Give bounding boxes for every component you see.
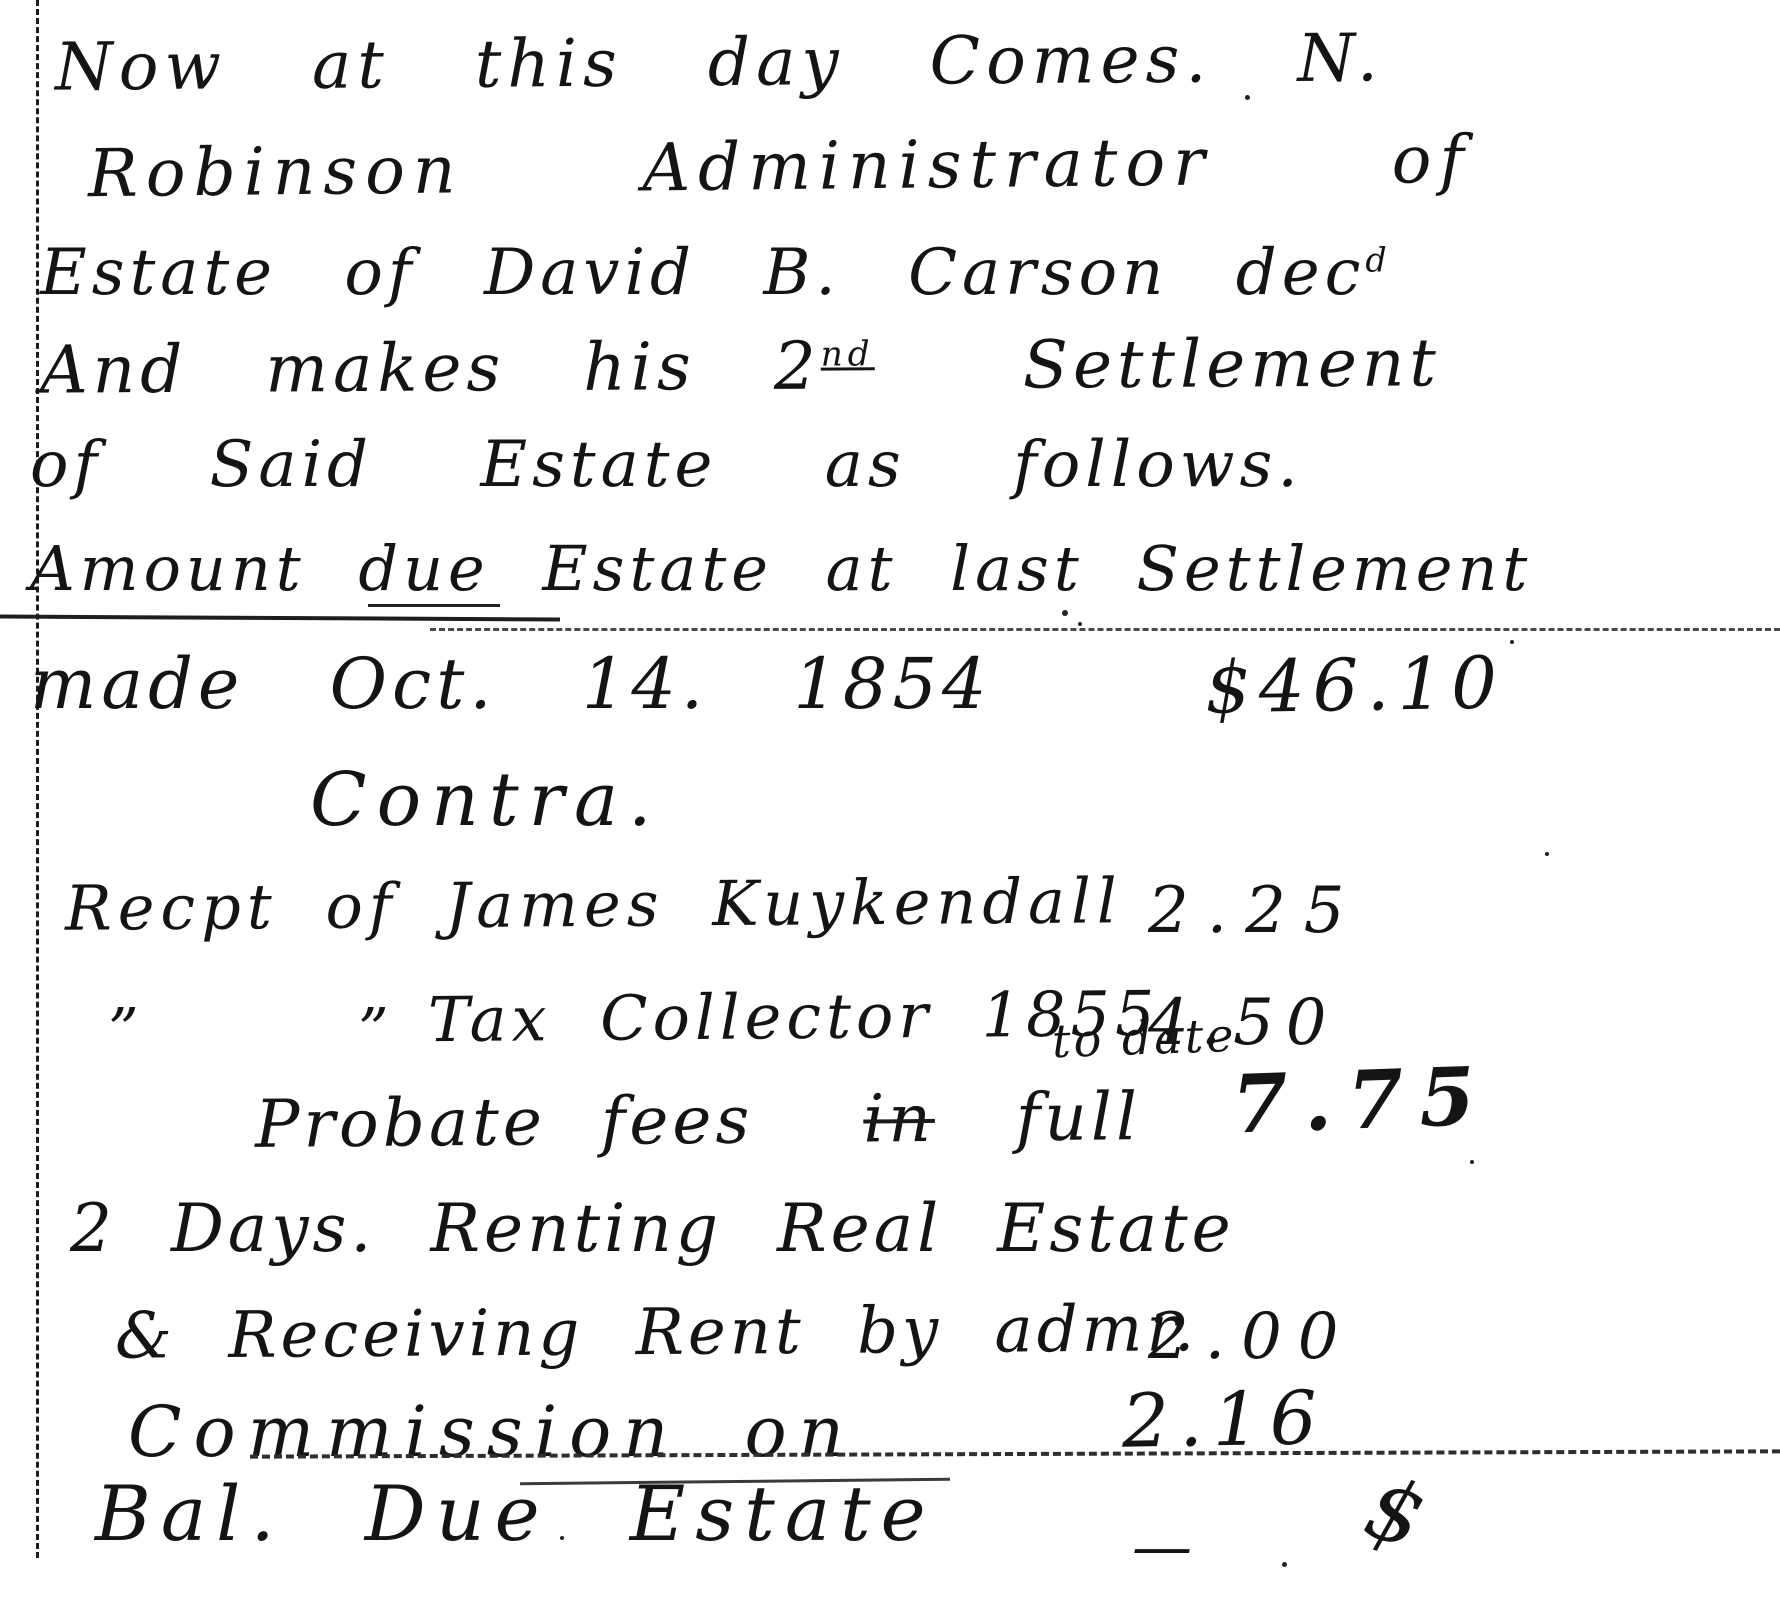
opening-line-4-settlement: Settlement [1023,324,1442,403]
ditto-mark: ” [358,1000,389,1063]
ditto-mark: ” [108,1000,139,1063]
settlement-rule-left [0,615,560,622]
deceased-superscript: d [1365,241,1391,280]
ink-speck [1470,1160,1474,1164]
opening-line-5: of Said Estate as follows. [30,432,1303,499]
opening-line-4-text: And makes his 2 [40,328,821,409]
due-underline [368,604,500,607]
entry-amount: 2.16 [1121,1380,1327,1461]
entry-description: Recpt of James Kuykendall [65,868,1123,940]
contra-heading: Contra. [310,762,662,840]
ordinal-superscript: nd [821,334,875,374]
left-margin-rule [36,0,39,1558]
balance-dash: — [1132,1516,1196,1579]
entry-amount: 2.00 [1148,1304,1355,1371]
entry-description: Commission on [128,1396,856,1470]
entry-description: Probate fees in full [255,1082,1142,1159]
ink-speck [1510,640,1514,644]
opening-line-3: Estate of David B. Carson decd [40,240,1392,307]
entry-description: & Receiving Rent by admr. [115,1296,1199,1371]
ink-speck [1282,1562,1287,1567]
entry-description-pre: Probate fees [255,1082,754,1163]
struck-word: in [863,1080,935,1158]
ink-speck [560,1536,564,1540]
entry-amount: 2.25 [1148,878,1363,945]
opening-balance-label: Amount due Estate at last Settlement [30,536,1532,601]
ink-speck [1078,622,1082,626]
entry-amount: 7.75 [1231,1054,1493,1147]
ink-speck [1062,610,1068,616]
ink-speck [1545,852,1549,856]
opening-balance-amount: $46.10 [1204,645,1505,726]
balance-label: Bal. Due Estate [95,1474,936,1554]
entry-description-post: full [1016,1078,1142,1156]
opening-line-3-text: Estate of David B. Carson dec [40,236,1365,310]
balance-currency-symbol: $ [1355,1462,1435,1565]
opening-line-1: Now at this day Comes. N. [55,23,1384,102]
entry-description: 2 Days. Renting Real Estate [70,1194,1235,1263]
inserted-correction: to date [1051,1011,1237,1066]
ink-speck [1245,95,1250,100]
settlement-rule-right [430,628,1780,631]
handwritten-settlement-page: Now at this day Comes. N. Robinson Admin… [0,0,1780,1600]
opening-balance-date: made Oct. 14. 1854 [30,648,992,722]
opening-line-2: Robinson Administrator of [88,125,1473,209]
opening-line-4: And makes his 2nd Settlement [40,328,1441,405]
